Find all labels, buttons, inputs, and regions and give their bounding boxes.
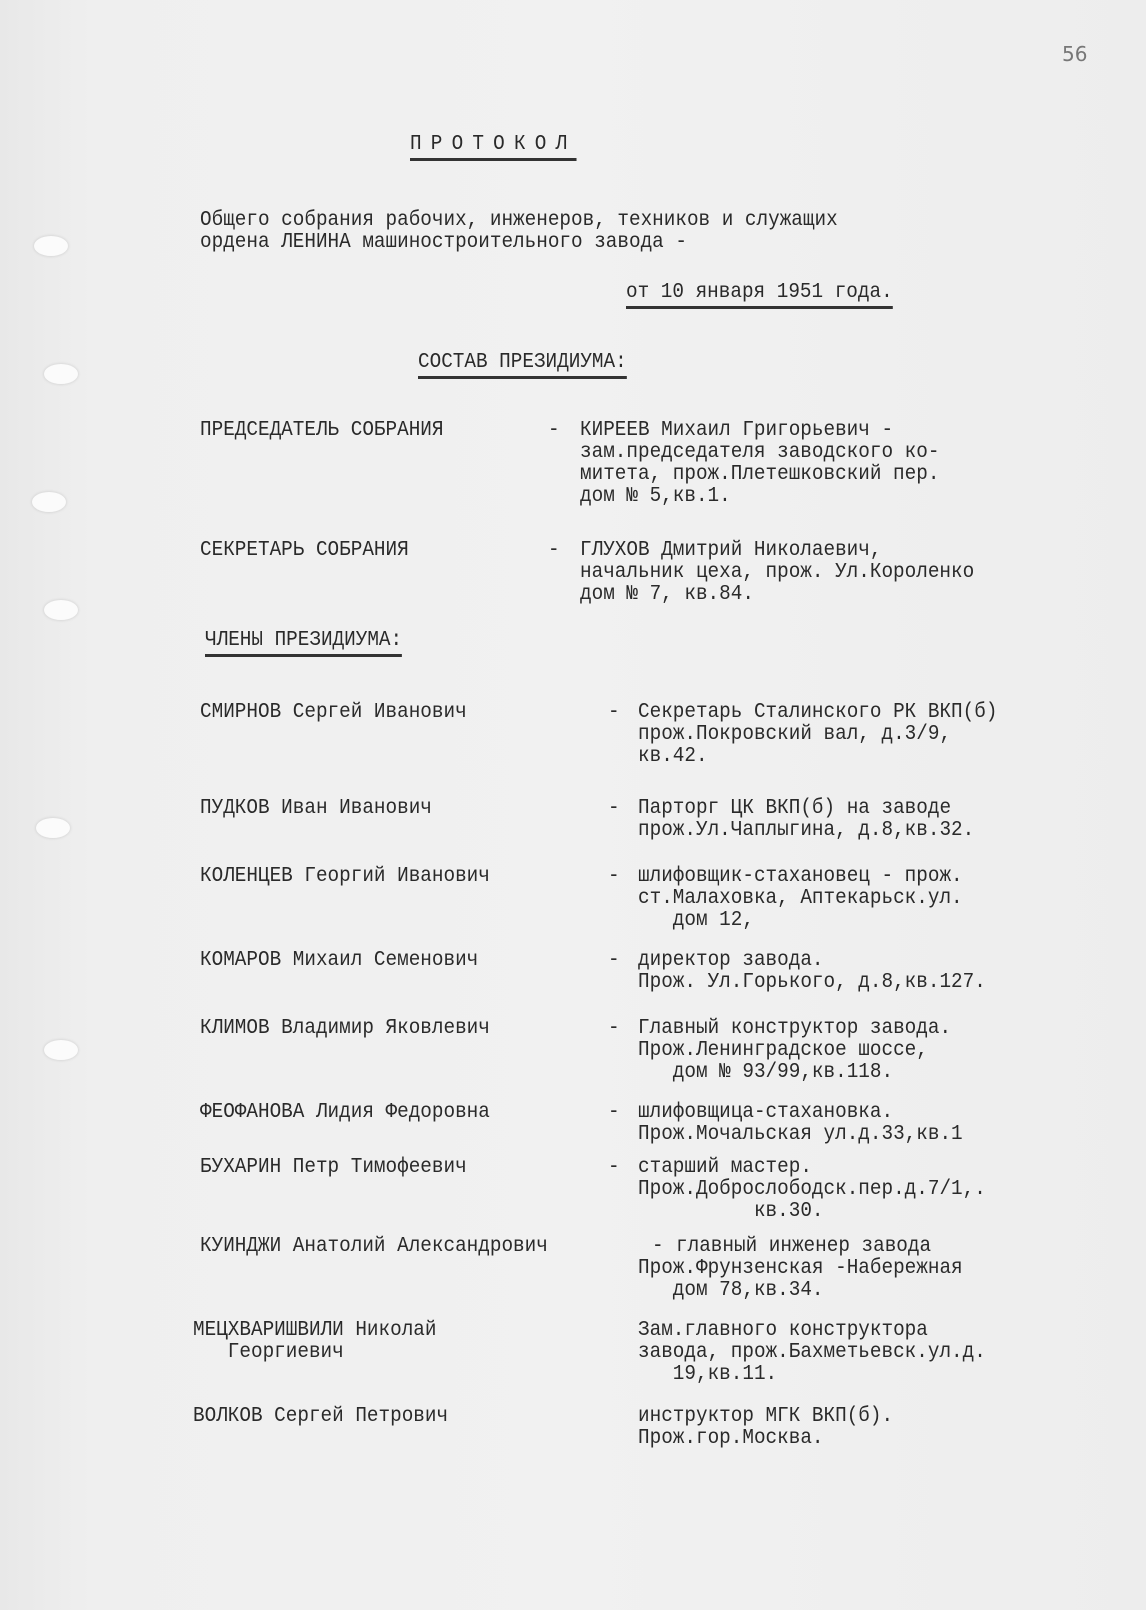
member-detail: дом 78,кв.34.	[638, 1280, 824, 1302]
member-detail: кв.42.	[638, 746, 708, 768]
member-name: ВОЛКОВ Сергей Петрович	[193, 1406, 448, 1428]
members-heading: ЧЛЕНЫ ПРЕЗИДИУМА:	[205, 630, 402, 657]
member-detail: главный инженер завода	[676, 1236, 931, 1258]
dash: -	[608, 866, 620, 888]
chair-line: зам.председателя заводского ко-	[580, 442, 939, 464]
member-detail: Секретарь Сталинского РК ВКП(б)	[638, 702, 997, 724]
member-name: КОЛЕНЦЕВ Георгий Иванович	[200, 866, 490, 888]
chair-line: митета, прож.Плетешковский пер.	[580, 464, 939, 486]
member-name: КОМАРОВ Михаил Семенович	[200, 950, 478, 972]
member-detail: Главный конструктор завода.	[638, 1018, 951, 1040]
member-detail: ст.Малаховка, Аптекарьск.ул.	[638, 888, 963, 910]
member-detail: прож.Ул.Чаплыгина, д.8,кв.32.	[638, 820, 974, 842]
member-detail: шлифовщик-стахановец - прож.	[638, 866, 963, 888]
member-detail: шлифовщица-стахановка.	[638, 1102, 893, 1124]
member-name: МЕЦХВАРИШВИЛИ Николай	[193, 1320, 436, 1342]
page-number: 56	[1062, 42, 1087, 66]
punch-hole	[44, 364, 78, 384]
dash: -	[548, 540, 560, 562]
document-page: 56 ПРОТОКОЛ Общего собрания рабочих, инж…	[0, 0, 1146, 1610]
secretary-line: дом № 7, кв.84.	[580, 584, 754, 606]
member-detail: Парторг ЦК ВКП(б) на заводе	[638, 798, 951, 820]
dash: -	[608, 1018, 620, 1040]
dash: -	[608, 1157, 620, 1179]
presidium-heading: СОСТАВ ПРЕЗИДИУМА:	[418, 352, 627, 379]
member-detail: Прож.Ленинградское шоссе,	[638, 1040, 928, 1062]
member-detail: Прож.Доброслободск.пер.д.7/1,.	[638, 1179, 986, 1201]
member-name: КУИНДЖИ Анатолий Александрович	[200, 1236, 548, 1258]
member-detail: кв.30.	[638, 1201, 824, 1223]
member-name: КЛИМОВ Владимир Яковлевич	[200, 1018, 490, 1040]
member-detail: дом 12,	[638, 910, 754, 932]
dash: -	[608, 702, 620, 724]
chair-line: дом № 5,кв.1.	[580, 486, 731, 508]
member-detail: инструктор МГК ВКП(б).	[638, 1406, 893, 1428]
member-detail: Прож.гор.Москва.	[638, 1428, 824, 1450]
member-detail: директор завода.	[638, 950, 824, 972]
member-detail: Зам.главного конструктора	[638, 1320, 928, 1342]
dash: -	[652, 1236, 664, 1258]
dash: -	[608, 1102, 620, 1124]
member-name: ПУДКОВ Иван Иванович	[200, 798, 432, 820]
member-detail: Прож.Мочальская ул.д.33,кв.1	[638, 1124, 963, 1146]
member-detail: дом № 93/99,кв.118.	[638, 1062, 893, 1084]
member-detail: Прож.Фрунзенская -Набережная	[638, 1258, 963, 1280]
member-name: ФЕОФАНОВА Лидия Федоровна	[200, 1102, 490, 1124]
member-detail: завода, прож.Бахметьевск.ул.д.	[638, 1342, 986, 1364]
member-detail: старший мастер.	[638, 1157, 812, 1179]
chair-line: КИРЕЕВ Михаил Григорьевич -	[580, 420, 893, 442]
chair-role: ПРЕДСЕДАТЕЛЬ СОБРАНИЯ	[200, 420, 443, 442]
secretary-line: начальник цеха, прож. Ул.Короленко	[580, 562, 974, 584]
date-line: от 10 января 1951 года.	[626, 282, 893, 309]
punch-hole	[34, 236, 68, 256]
punch-hole	[44, 600, 78, 620]
member-detail: Прож. Ул.Горького, д.8,кв.127.	[638, 972, 986, 994]
dash: -	[608, 798, 620, 820]
document-title: ПРОТОКОЛ	[410, 134, 576, 161]
member-detail: 19,кв.11.	[638, 1364, 777, 1386]
member-name: БУХАРИН Петр Тимофеевич	[200, 1157, 467, 1179]
dash: -	[608, 950, 620, 972]
punch-hole	[36, 818, 70, 838]
secretary-line: ГЛУХОВ Дмитрий Николаевич,	[580, 540, 881, 562]
subtitle-line: ордена ЛЕНИНА машиностроительного завода…	[200, 232, 687, 254]
dash: -	[548, 420, 560, 442]
member-name: СМИРНОВ Сергей Иванович	[200, 702, 467, 724]
punch-hole	[44, 1040, 78, 1060]
subtitle-line: Общего собрания рабочих, инженеров, техн…	[200, 210, 838, 232]
secretary-role: СЕКРЕТАРЬ СОБРАНИЯ	[200, 540, 409, 562]
punch-hole	[32, 492, 66, 512]
member-name: Георгиевич	[193, 1342, 344, 1364]
member-detail: прож.Покровский вал, д.3/9,	[638, 724, 951, 746]
